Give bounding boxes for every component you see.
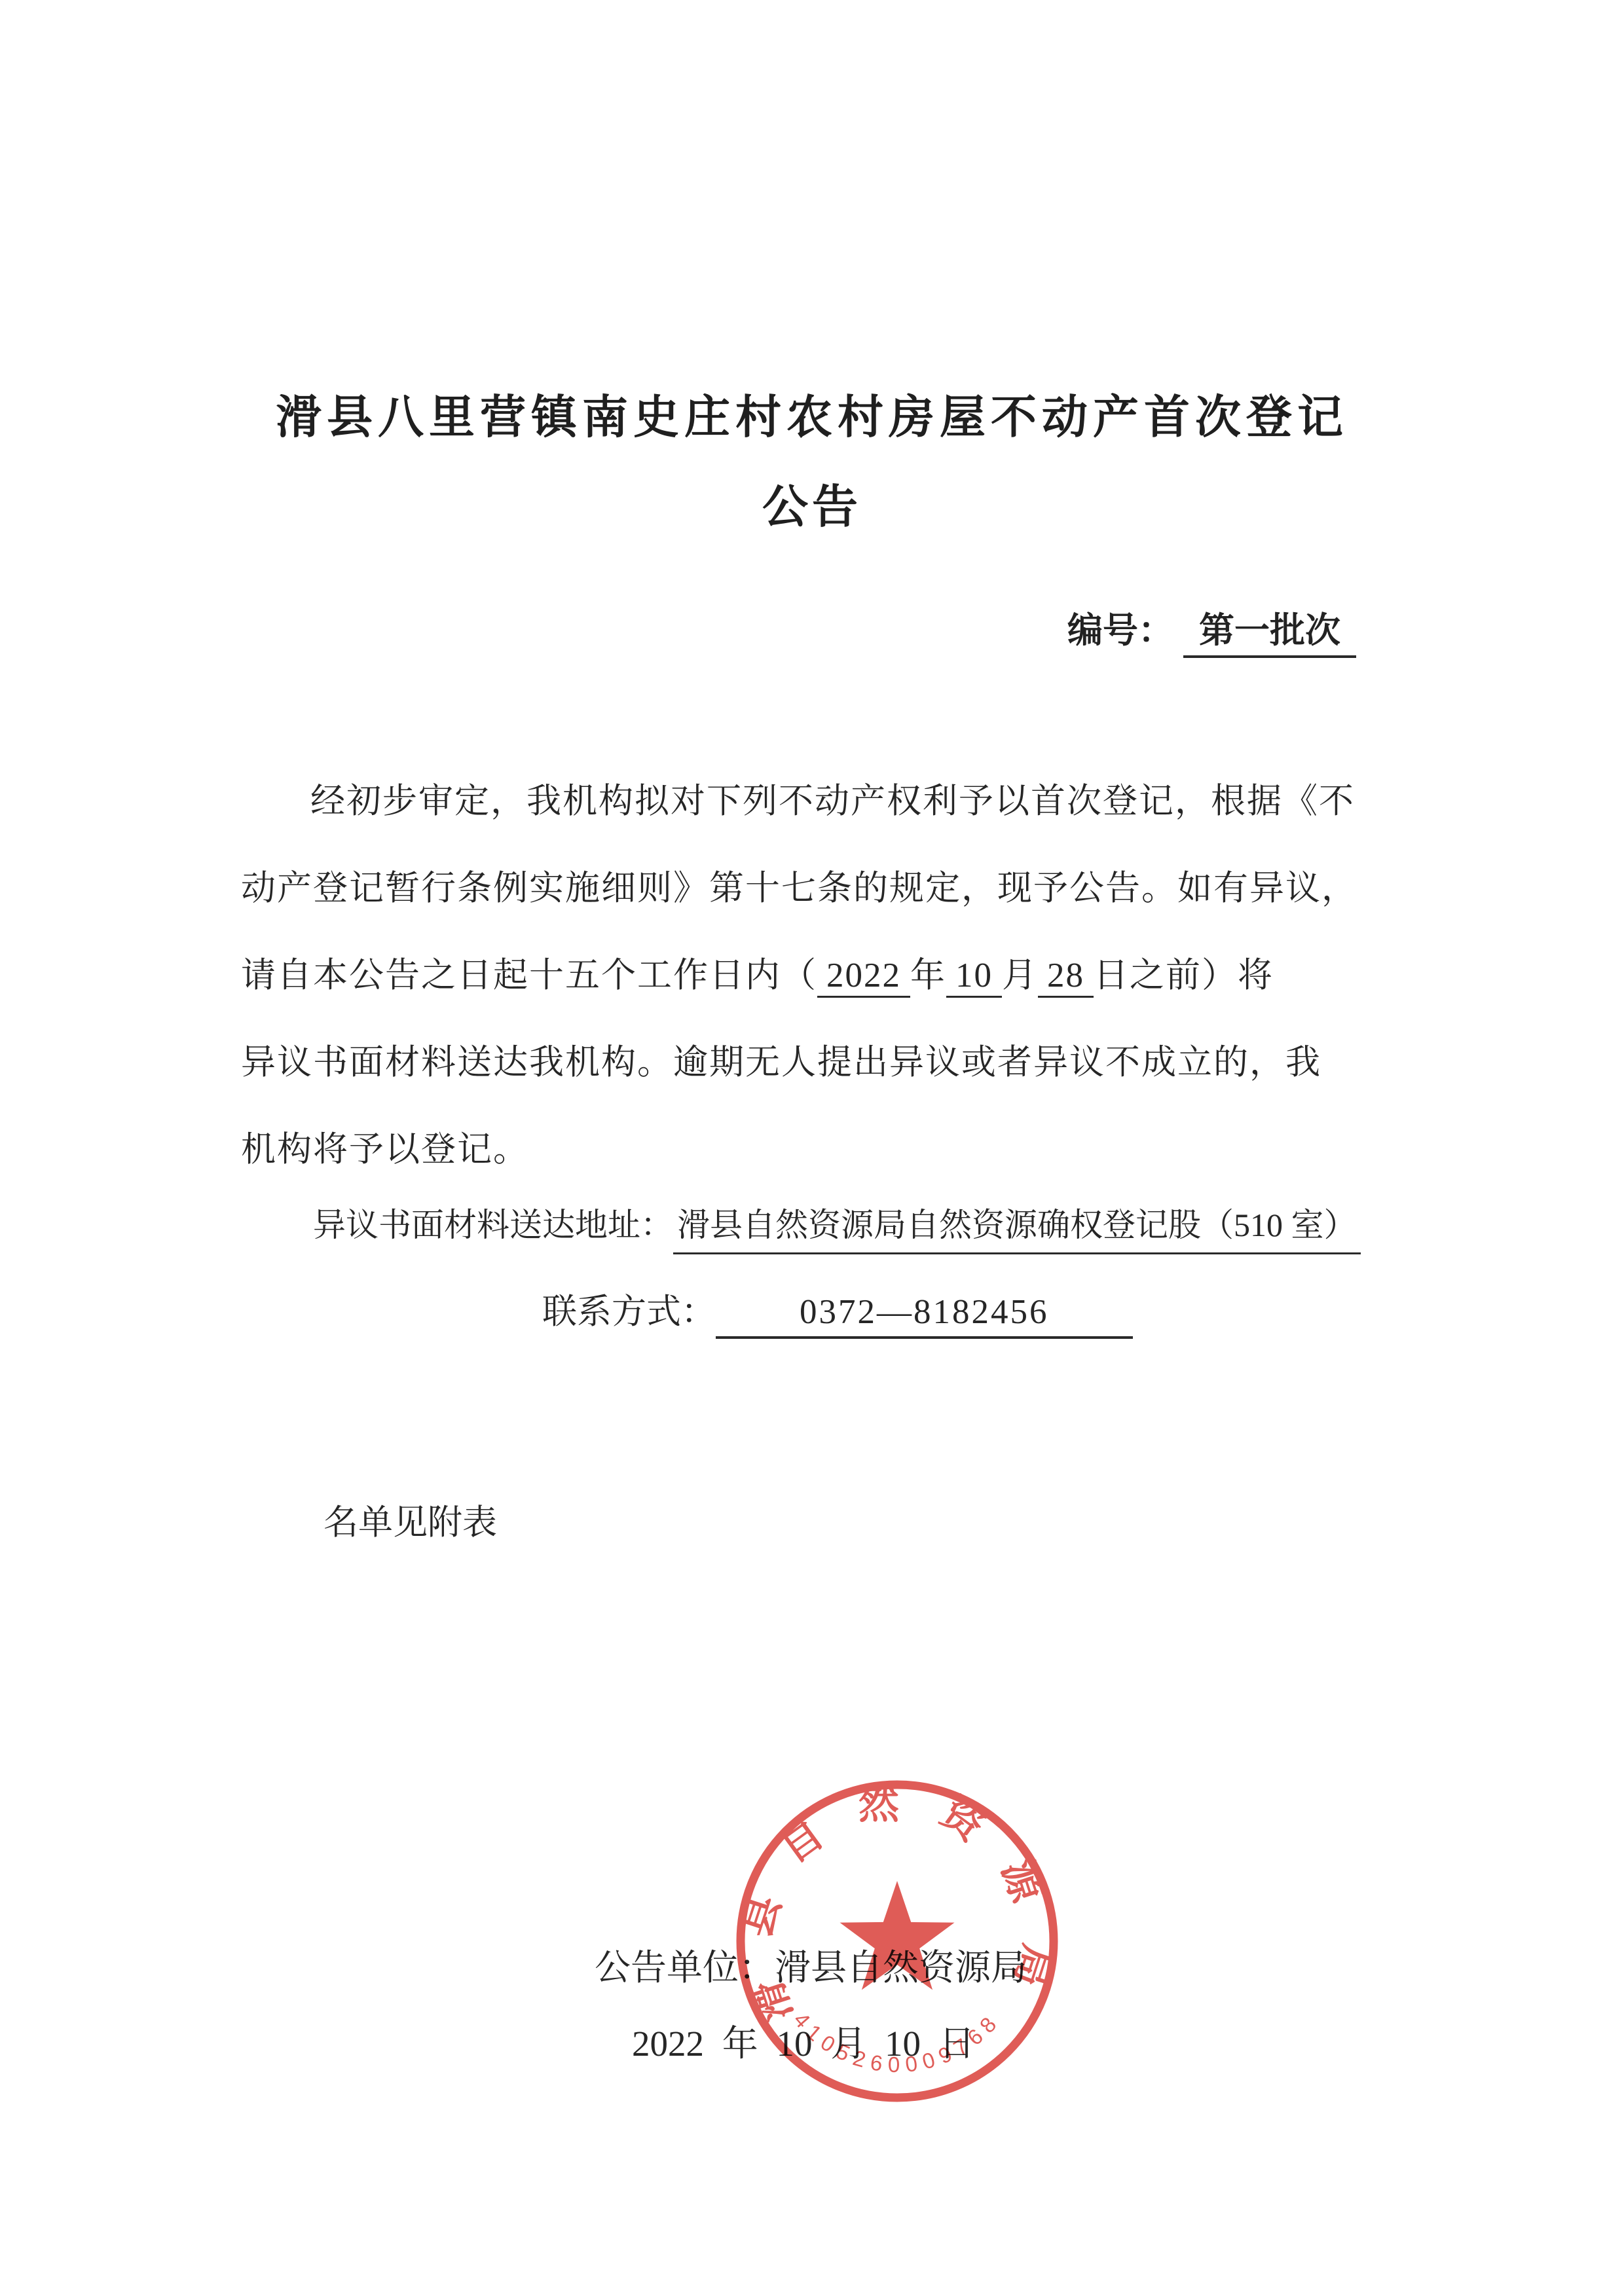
serial-label: 编号： [1067, 611, 1173, 650]
month-label: 月 [1002, 957, 1038, 994]
page-title-line1: 滑县八里营镇南史庄村农村房屋不动产首次登记 [0, 394, 1624, 440]
contact-phone: 0372—8182456 [716, 1293, 1133, 1339]
objection-address-line: 异议书面材料送达地址：滑县自然资源局自然资源确权登记股（510 室） [313, 1209, 1361, 1241]
serial-value: 第一批次 [1183, 611, 1356, 658]
deadline-year: 2022 [817, 957, 910, 998]
body-line-3-pre: 请自本公告之日起十五个工作日内（ [241, 957, 817, 994]
body-line-3: 请自本公告之日起十五个工作日内（2022年10月28日之前）将 [241, 932, 1413, 1019]
seal-code: 4105260009768 [789, 2007, 1005, 2077]
address-label: 异议书面材料送达地址： [313, 1207, 673, 1243]
attachment-note: 名单见附表 [323, 1506, 497, 1540]
body-line-5: 机构将予以登记。 [241, 1106, 1413, 1194]
contact-label: 联系方式： [542, 1293, 716, 1331]
body-paragraph: 经初步审定，我机构拟对下列不动产权利予以首次登记，根据《不 动产登记暂行条例实施… [241, 758, 1413, 1194]
page-title-line2: 公告 [0, 484, 1624, 530]
deadline-month: 10 [946, 957, 1002, 998]
official-seal-graphic: 滑县自然资源局 4105260009768 [727, 1771, 1067, 2111]
deadline-day: 28 [1038, 957, 1094, 998]
body-line-2: 动产登记暂行条例实施细则》第十七条的规定，现予公告。如有异议， [241, 845, 1413, 932]
body-line-3-post: 日之前）将 [1094, 957, 1274, 994]
scanned-announcement-page: { "document": { "title_line1": "滑县八里营镇南史… [0, 0, 1624, 2296]
year-label: 年 [910, 957, 946, 994]
contact-line: 联系方式：0372—8182456 [542, 1295, 1133, 1330]
address-value: 滑县自然资源局自然资源确权登记股（510 室） [673, 1207, 1361, 1254]
official-seal: 滑县自然资源局 4105260009768 [727, 1771, 1067, 2111]
seal-code-holder: 4105260009768 [789, 2007, 1005, 2077]
body-line-1: 经初步审定，我机构拟对下列不动产权利予以首次登记，根据《不 [241, 758, 1413, 845]
seal-star-icon [840, 1881, 955, 1990]
serial-number-line: 编号： 第一批次 [1067, 613, 1356, 648]
body-line-4: 异议书面材料送达我机构。逾期无人提出异议或者异议不成立的，我 [241, 1019, 1413, 1106]
